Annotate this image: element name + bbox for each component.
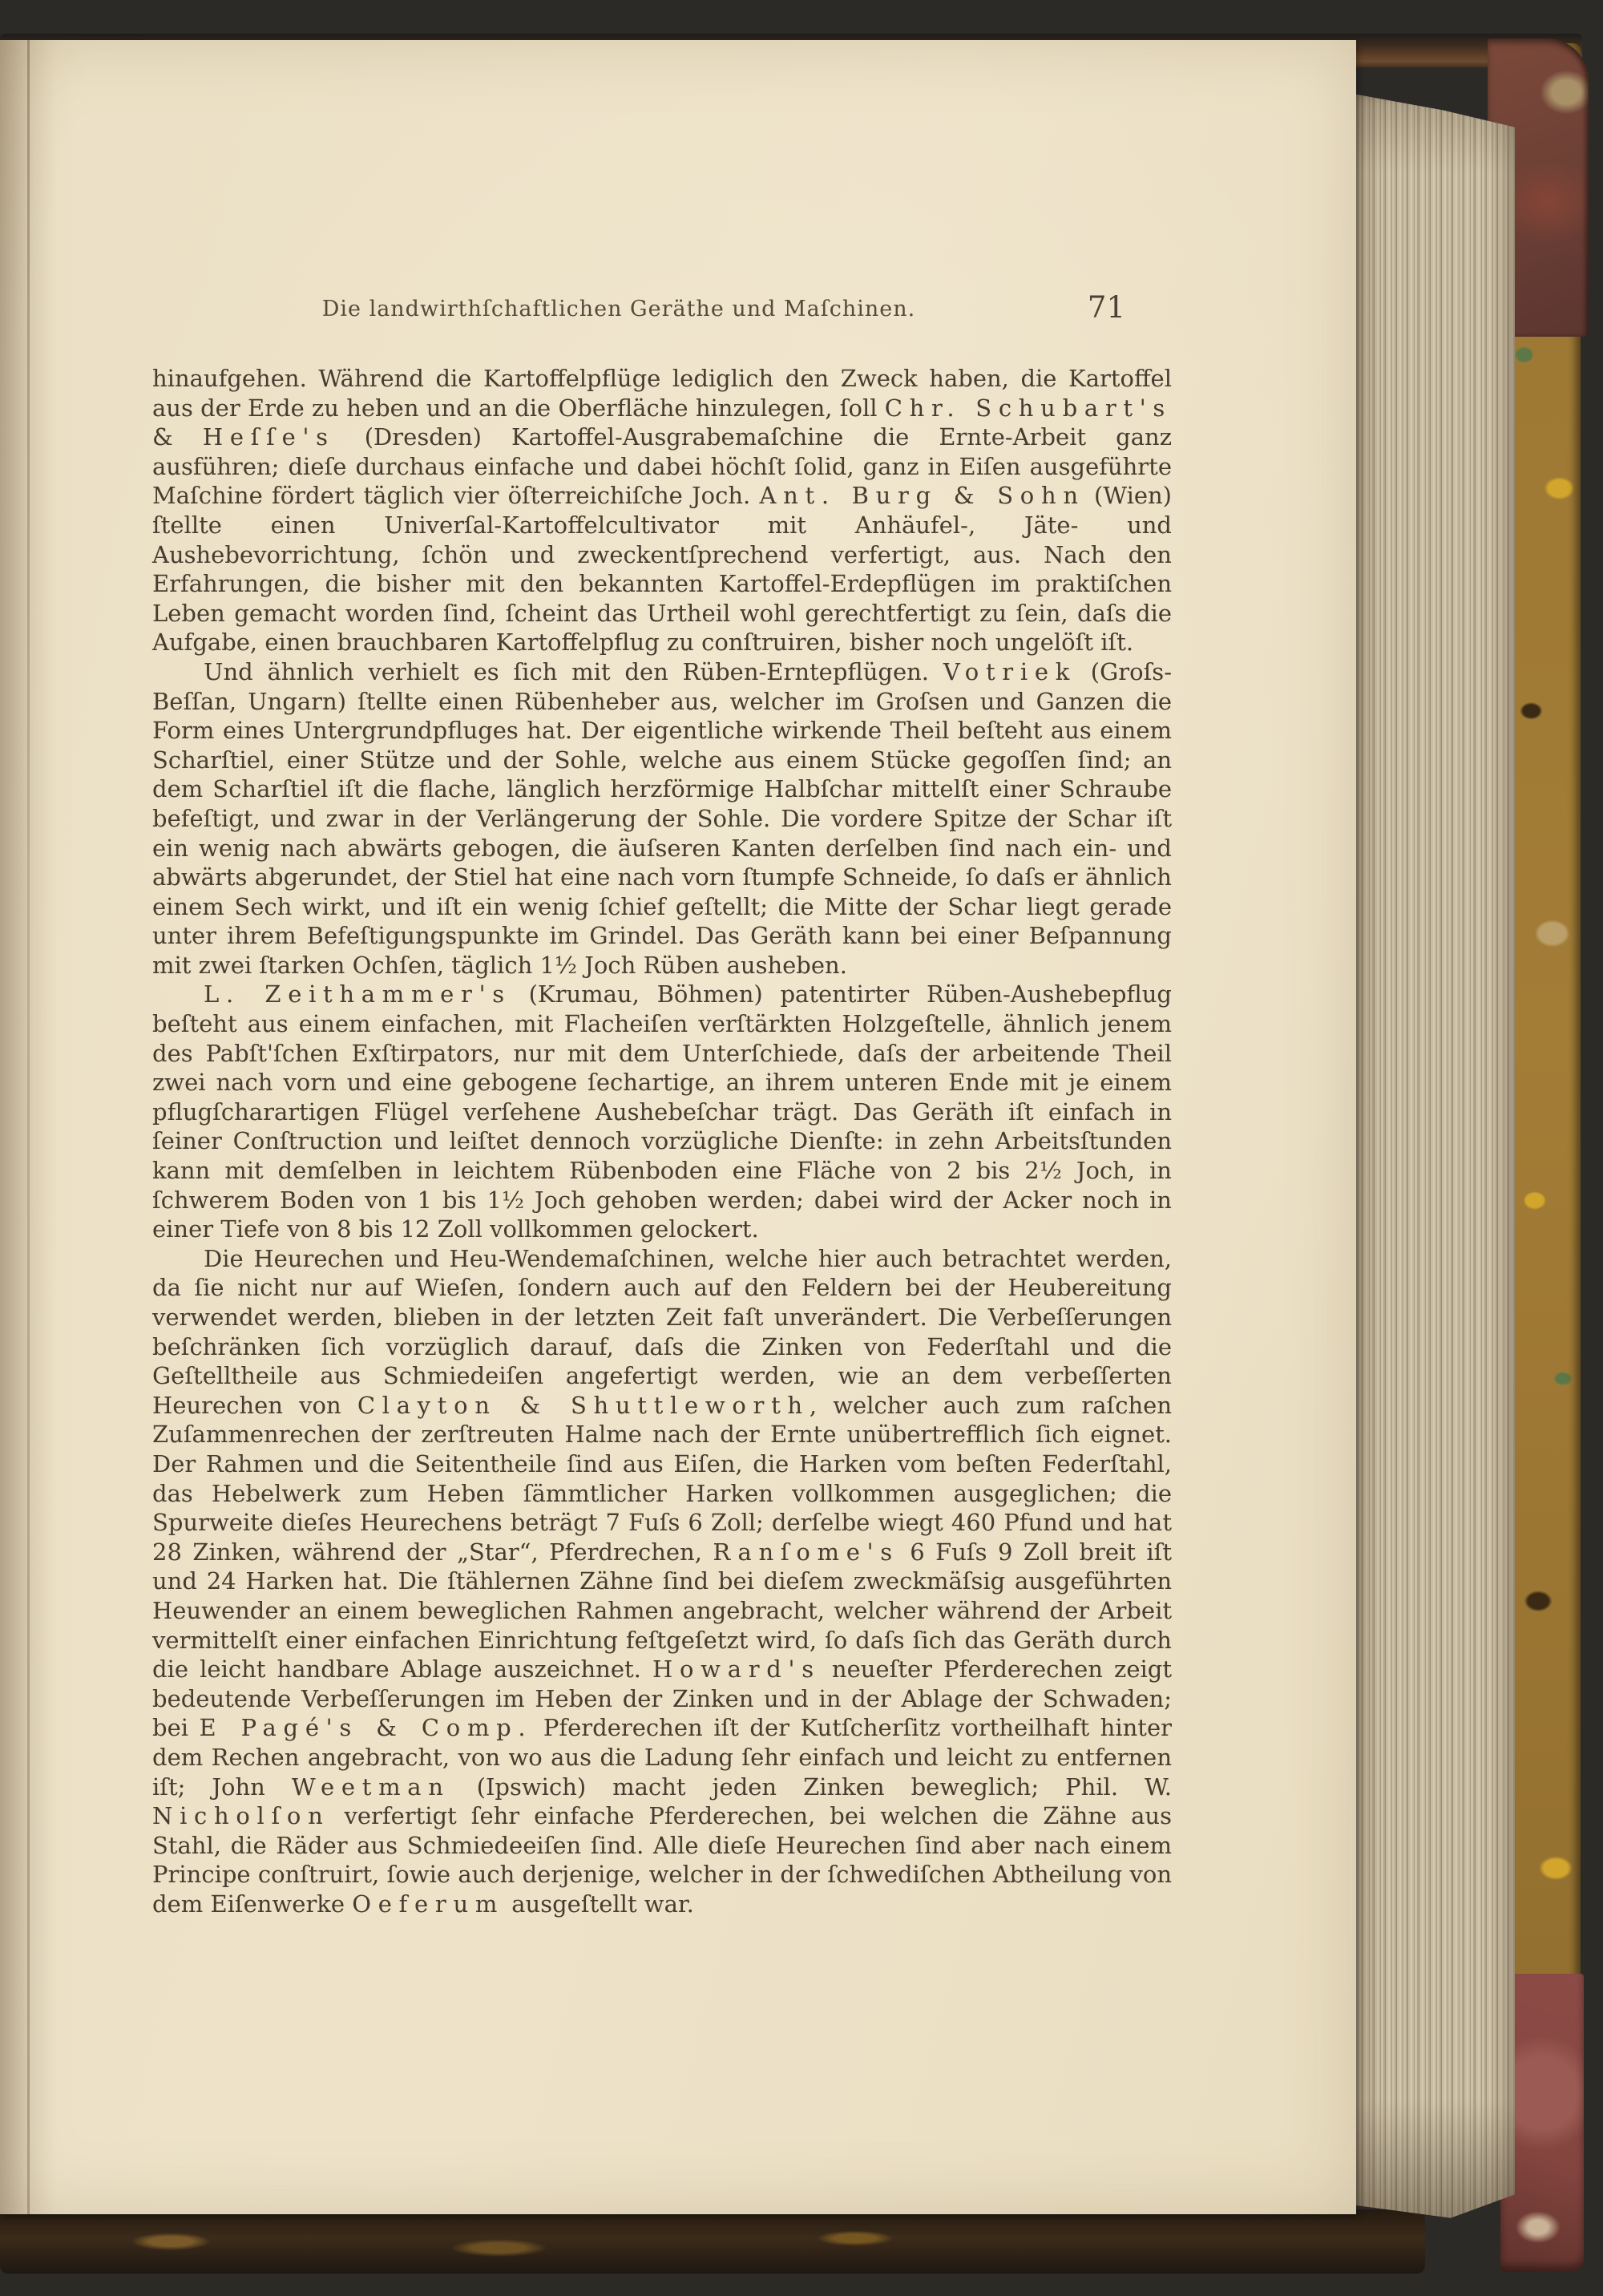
text-run: &	[152, 423, 203, 451]
running-header: Die landwirthſchaftlichen Geräthe und Ma…	[152, 297, 1172, 335]
text-run: (Groſs-Beſſan, Ungarn) ſtellte einen Rüb…	[152, 658, 1172, 979]
page-number: 71	[1088, 290, 1125, 325]
text-block: hinaufgehen. Während die Kartoffelpflüge…	[152, 364, 1172, 1918]
spaced-name: Howard's	[652, 1655, 821, 1683]
running-header-title: Die landwirthſchaftlichen Geräthe und Ma…	[109, 297, 1129, 321]
spaced-name: Ant. Burg & Sohn	[759, 482, 1084, 509]
spaced-name: Ranſome's	[713, 1538, 898, 1566]
spaced-name: Weetman	[292, 1773, 450, 1801]
paragraph: hinaufgehen. Während die Kartoffelpflüge…	[152, 364, 1172, 657]
page-surface: Die landwirthſchaftlichen Geräthe und Ma…	[0, 40, 1356, 2214]
text-run: Und ähnlich verhielt es ſich mit den Rüb…	[204, 658, 943, 685]
fore-edge-page-stack	[1355, 87, 1515, 2229]
spaced-name: Heſſe's	[203, 423, 335, 451]
paragraph: L. Zeithammer's (Krumau, Böhmen) patenti…	[152, 980, 1172, 1243]
spaced-name: E Pagé's & Comp.	[200, 1714, 533, 1741]
text-run: (Krumau, Böhmen) patentirter Rüben-Aushe…	[152, 980, 1172, 1243]
spaced-name: Votriek	[943, 658, 1076, 685]
marbled-board-edge	[1510, 43, 1581, 2269]
text-run: (Ipswich) macht jeden Zinken beweglich; …	[450, 1773, 1172, 1801]
spaced-name: Oeferum	[352, 1890, 504, 1918]
spaced-name: L. Zeithammer's	[204, 980, 511, 1008]
text-run: ausgeſtellt war.	[504, 1890, 694, 1918]
spaced-name: Chr. Schubart's	[885, 394, 1172, 422]
paragraph: Die Heurechen und Heu-Wendemaſchinen, we…	[152, 1244, 1172, 1919]
spaced-name: Clayton & Shuttleworth	[357, 1392, 810, 1419]
book-bottom-edge	[0, 2209, 1425, 2274]
spaced-name: Nicholſon	[152, 1802, 329, 1829]
book-scan-scene: Die landwirthſchaftlichen Geräthe und Ma…	[0, 0, 1603, 2296]
paragraph: Und ähnlich verhielt es ſich mit den Rüb…	[152, 657, 1172, 980]
